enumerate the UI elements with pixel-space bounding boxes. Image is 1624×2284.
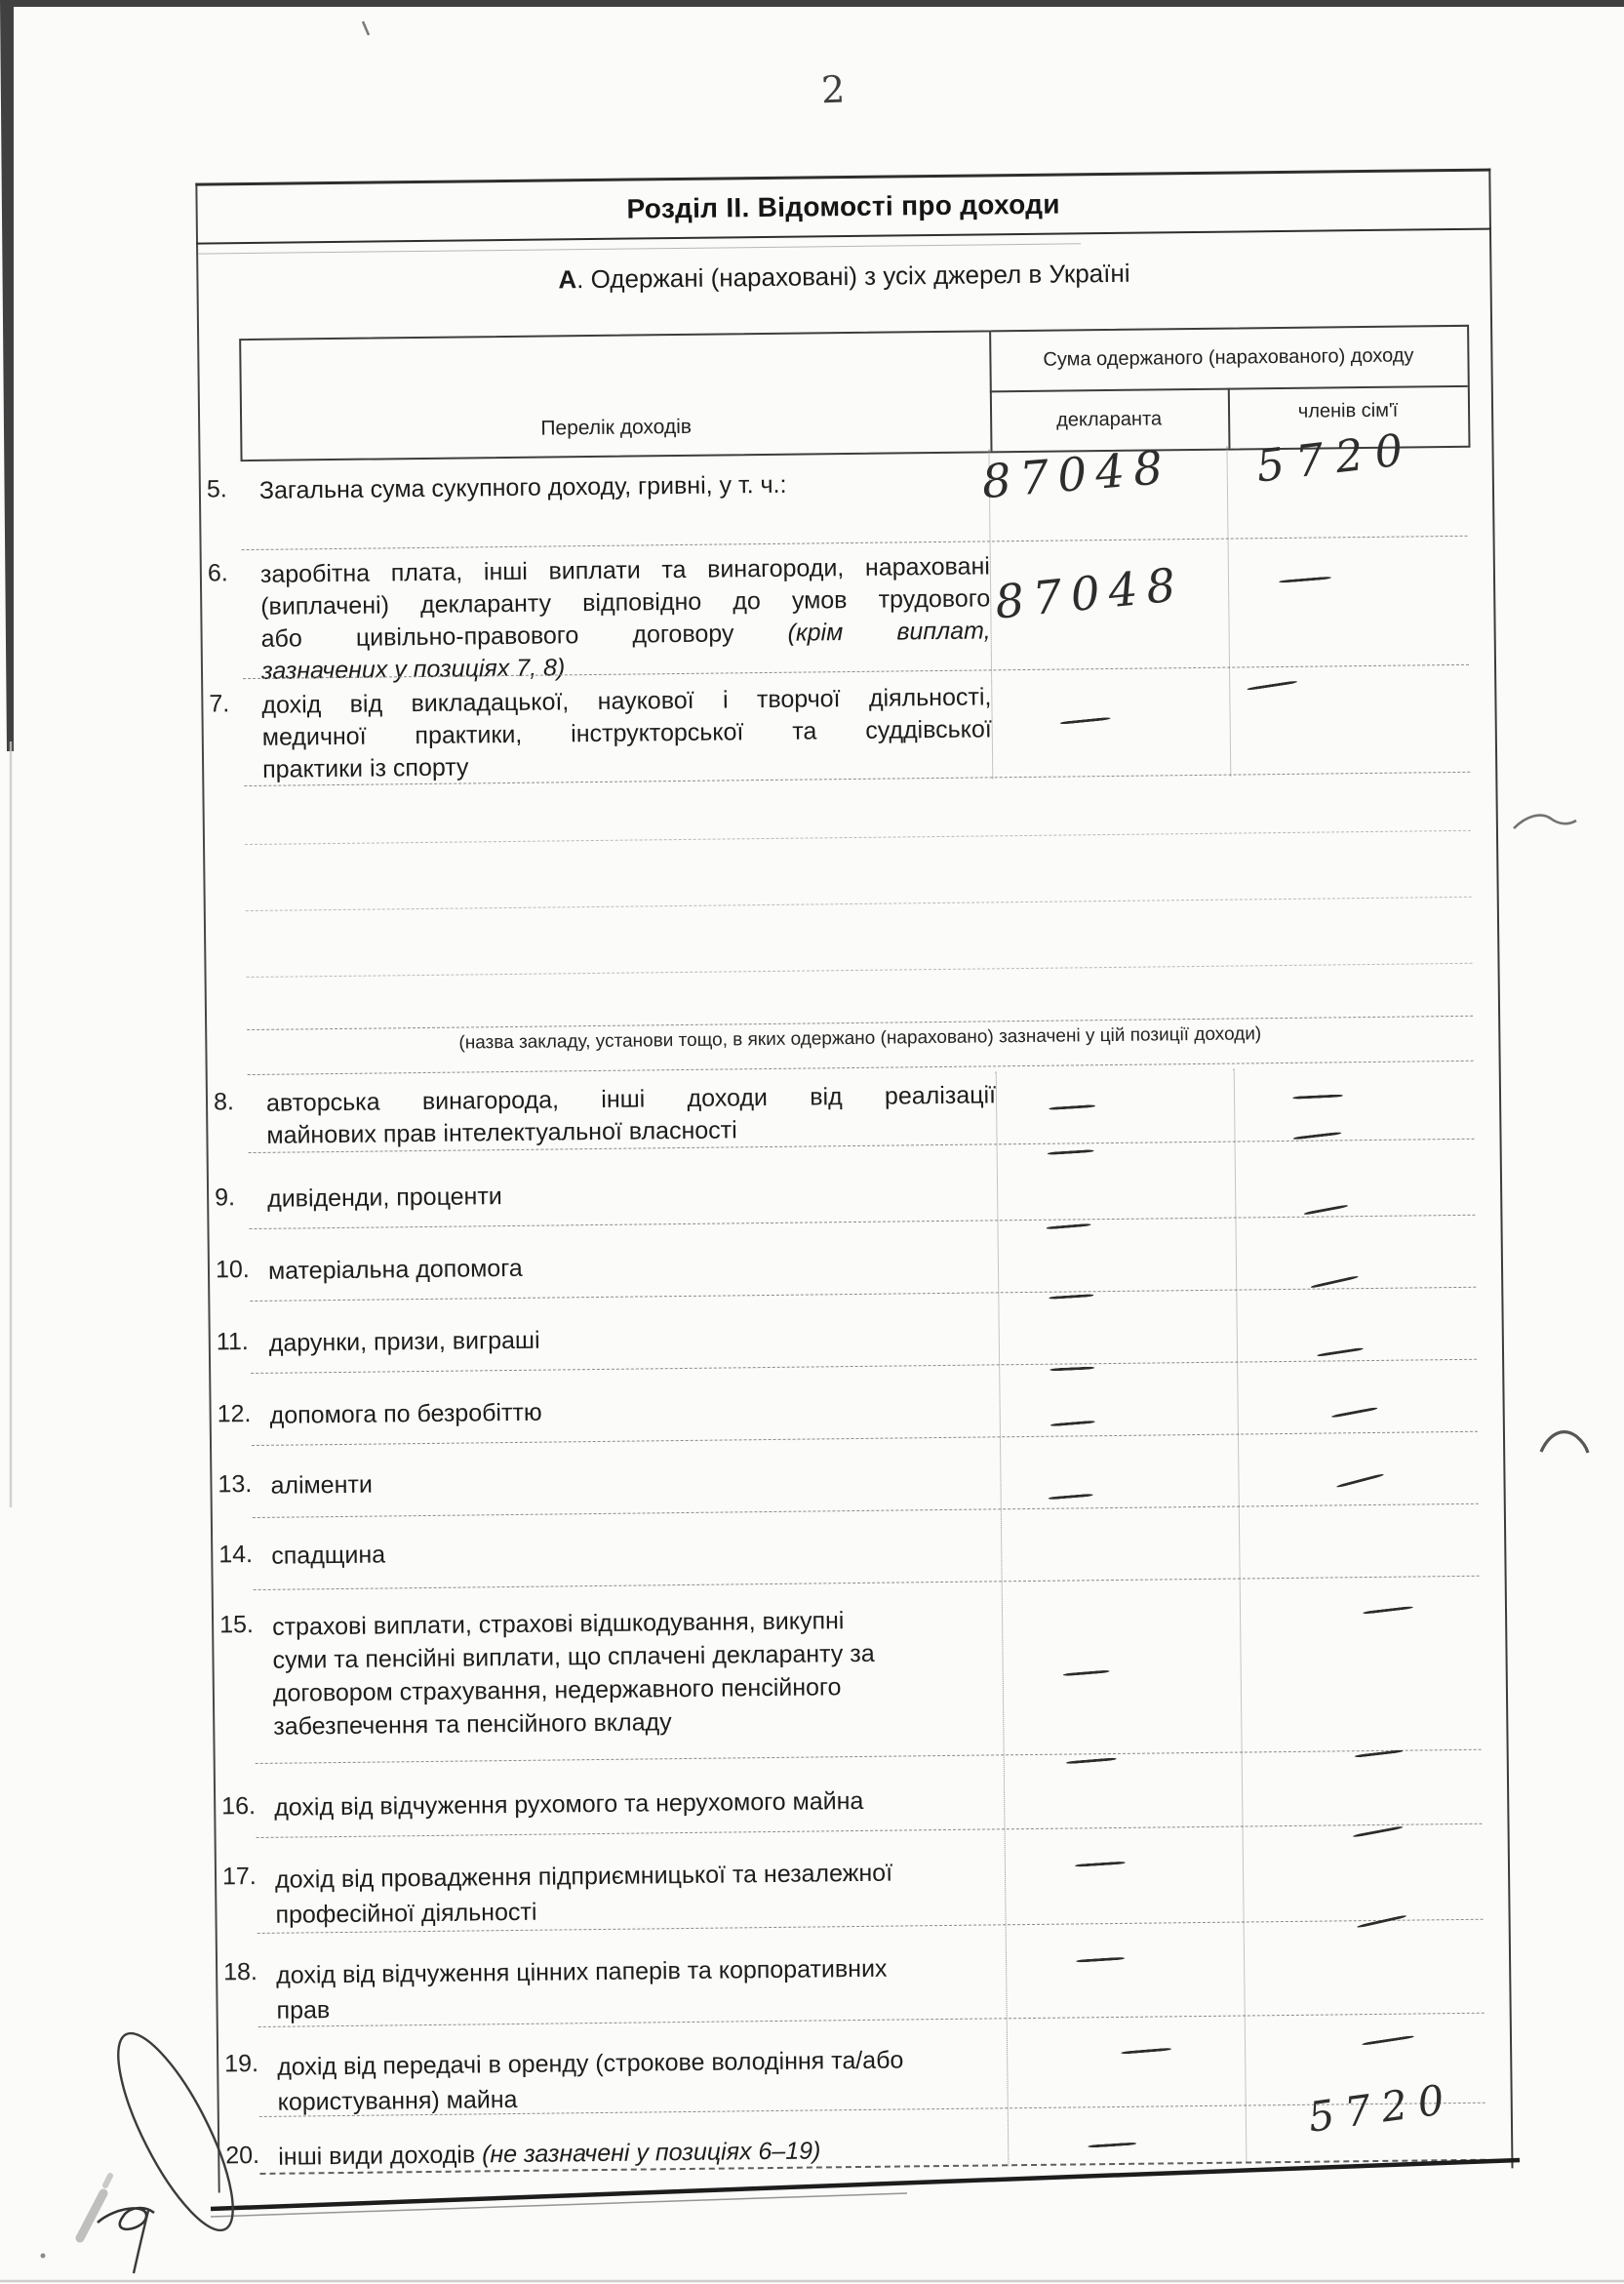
marker-smudge-small	[105, 2176, 110, 2185]
marker-smudge	[80, 2193, 103, 2238]
handwritten-dash	[1075, 1862, 1126, 1867]
handwritten-dash	[1292, 1094, 1343, 1099]
row-number: 13.	[218, 1470, 264, 1500]
handwritten-dash	[1363, 1606, 1413, 1615]
handwritten-dash	[1247, 680, 1297, 691]
column-divider	[1234, 1069, 1248, 2164]
page-number: 2	[820, 68, 846, 112]
handwritten-dash	[1292, 1132, 1341, 1141]
row-text: заробітна плата, інші виплати та винагор…	[260, 550, 991, 687]
row-text: авторська винагорода, інші доходи від ре…	[266, 1079, 997, 1151]
column-divider	[1226, 447, 1231, 777]
pen-arc-mark-upper	[1514, 816, 1576, 828]
row-text: дохід від провадження підприємницької та…	[275, 1854, 1006, 1932]
row-text: дохід від викладацької, наукової і творч…	[261, 681, 992, 785]
row-separator	[249, 1215, 1475, 1229]
blank-line	[245, 830, 1471, 845]
column-header-family: членів сім'ї	[1228, 399, 1468, 424]
speck-mark-top	[363, 21, 369, 35]
handwritten-dash	[1310, 1275, 1358, 1289]
handwritten-amount-family: 5720	[1284, 2071, 1479, 2144]
row-number: 18.	[223, 1958, 270, 1987]
column-header-declarant: декларанта	[990, 408, 1228, 433]
row-separator	[254, 1576, 1480, 1590]
table-bottom-rule-echo	[211, 2193, 907, 2217]
row-separator	[251, 1359, 1477, 1374]
row-number: 11.	[217, 1328, 263, 1357]
row-number: 19.	[224, 2050, 271, 2079]
row-separator	[256, 1749, 1482, 1764]
handwritten-dash	[1121, 2048, 1171, 2055]
row-text: дохід від відчуження рухомого та нерухом…	[274, 1783, 1004, 1823]
row-number: 15.	[219, 1611, 266, 1640]
row-number: 6.	[208, 559, 255, 588]
subsection-heading: А. Одержані (нараховані) з усіх джерел в…	[196, 255, 1491, 300]
pen-arc-mark-lower	[1541, 1432, 1588, 1453]
row-separator	[250, 1287, 1476, 1302]
row-text: дарунки, призи, виграші	[269, 1319, 999, 1359]
row-number: 14.	[218, 1541, 265, 1570]
handwritten-dash	[1060, 717, 1111, 725]
scanned-declaration-page: 2 Розділ II. Відомості про доходи А. Оде…	[0, 0, 1624, 2284]
handwritten-dash	[1049, 1294, 1093, 1300]
row-text: страхові виплати, страхові відшкодування…	[272, 1602, 1003, 1743]
blank-line	[248, 1061, 1474, 1075]
handwritten-dash	[1279, 577, 1331, 583]
column-header-sum-group: Сума одержаного (нарахованого) доходу	[989, 344, 1467, 373]
handwritten-dash	[1049, 1104, 1095, 1110]
row-text: спадщина	[271, 1532, 1001, 1572]
blank-line	[247, 963, 1473, 978]
row-number: 12.	[217, 1400, 263, 1429]
pen-scribble-tail	[134, 2211, 148, 2273]
row-separator	[253, 1503, 1479, 1518]
handwritten-dash	[1048, 1149, 1094, 1155]
row-number: 16.	[221, 1792, 268, 1822]
row-number: 8.	[214, 1088, 260, 1117]
blank-line	[246, 897, 1472, 911]
row-number: 7.	[209, 690, 256, 719]
handwritten-dash	[1050, 1366, 1094, 1371]
handwritten-dash	[1362, 2035, 1414, 2046]
handwritten-dash	[1049, 1494, 1093, 1501]
handwritten-dash	[1331, 1407, 1378, 1419]
handwritten-dash	[1317, 1347, 1364, 1357]
handwritten-dash	[1050, 1421, 1095, 1427]
speck-mark-bottom	[41, 2254, 46, 2259]
rule-line	[198, 243, 1081, 254]
row-separator	[252, 1431, 1478, 1446]
row-text: дохід від відчуження цінних паперів та к…	[276, 1949, 1007, 2027]
row-number: 9.	[215, 1183, 261, 1213]
row-separator	[242, 536, 1468, 550]
row-text: аліменти	[270, 1462, 1000, 1502]
handwritten-dash	[1066, 1757, 1117, 1764]
row-separator	[257, 1823, 1483, 1838]
handwritten-dash	[1076, 1957, 1125, 1963]
table-right-border	[1488, 169, 1513, 2169]
handwritten-dash	[1357, 1914, 1406, 1928]
pen-scribble-knot	[98, 2208, 154, 2229]
handwritten-dash	[1046, 1223, 1090, 1230]
section-title: Розділ II. Відомості про доходи	[626, 189, 1060, 224]
handwritten-dash	[1336, 1473, 1384, 1489]
declaration-table: Розділ II. Відомості про доходи А. Одерж…	[195, 169, 1513, 2197]
row-text: дивіденди, проценти	[267, 1175, 997, 1215]
subsection-letter: А	[558, 264, 576, 294]
row-number: 10.	[216, 1256, 262, 1285]
row-number: 17.	[222, 1863, 269, 1892]
section-title-bar: Розділ II. Відомості про доходи	[195, 169, 1491, 245]
handwritten-dash	[1063, 1669, 1110, 1676]
column-header-income-list: Перелік доходів	[242, 412, 990, 444]
row-number: 20.	[225, 2142, 272, 2171]
handwritten-dash	[1088, 2142, 1136, 2147]
row-text: матеріальна допомога	[268, 1247, 998, 1287]
handwritten-dash	[1353, 1825, 1404, 1838]
row-number: 5.	[207, 475, 254, 504]
handwritten-amount-declarant: 87048	[990, 558, 1189, 630]
handwritten-dash	[1303, 1204, 1348, 1215]
row-text: допомога по безробіттю	[269, 1391, 999, 1431]
row-text: Загальна сума сукупного доходу, гривні, …	[259, 466, 989, 506]
